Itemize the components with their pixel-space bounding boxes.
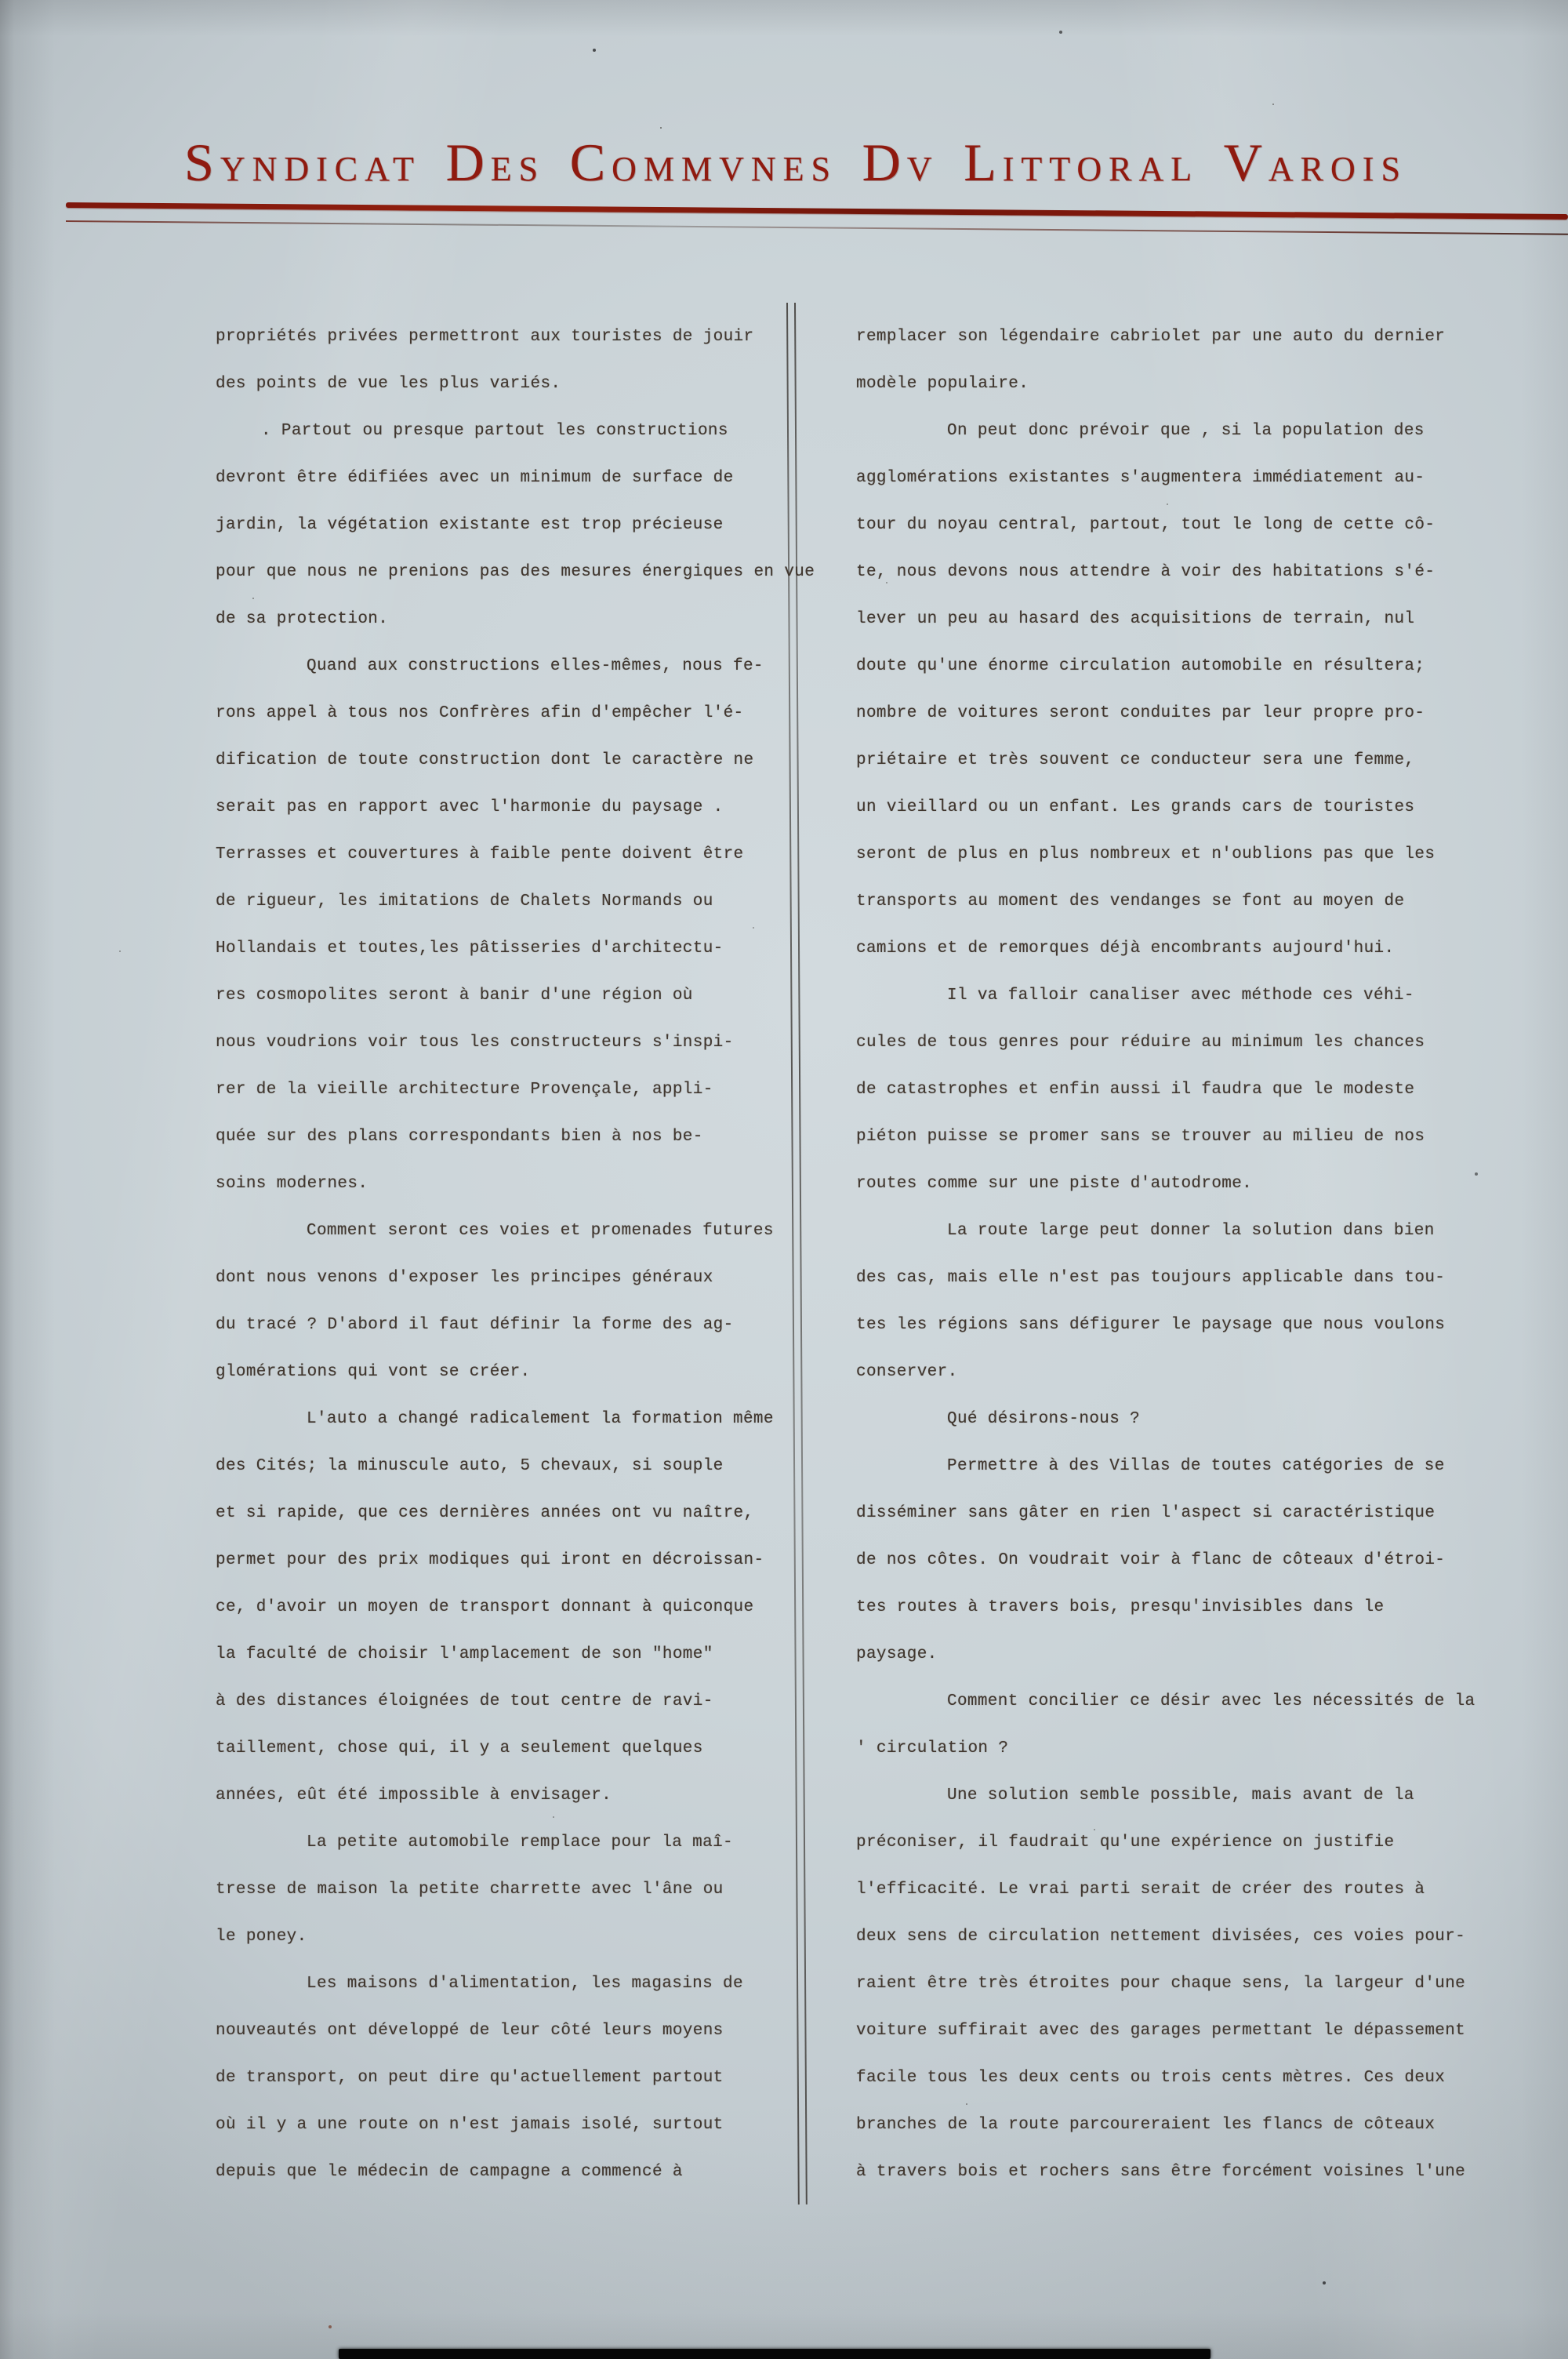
text-line: dont nous venons d'exposer les principes…: [216, 1267, 802, 1314]
text-line: propriétés privées permettront aux touri…: [216, 325, 802, 373]
text-line: nombre de voitures seront conduites par …: [856, 702, 1477, 749]
document-title: SYNDICATDESCOMMVNESDVLITTORALVAROIS: [184, 132, 1407, 210]
text-line: à des distances éloignées de tout centre…: [216, 1690, 802, 1737]
text-line: nous voudrions voir tous les constructeu…: [216, 1031, 802, 1078]
text-line: jardin, la végétation existante est trop…: [216, 514, 802, 561]
text-line: La route large peut donner la solution d…: [856, 1219, 1477, 1267]
text-line: tour du noyau central, partout, tout le …: [856, 514, 1477, 561]
text-line: soins modernes.: [216, 1172, 802, 1219]
text-line: nouveautés ont développé de leur côté le…: [216, 2019, 802, 2066]
text-line: Comment concilier ce désir avec les néce…: [856, 1690, 1477, 1737]
title-underline-thin: [66, 220, 1568, 235]
text-line: agglomérations existantes s'augmentera i…: [856, 467, 1477, 514]
text-line: tes routes à travers bois, presqu'invisi…: [856, 1596, 1477, 1643]
text-line: voiture suffirait avec des garages perme…: [856, 2019, 1477, 2066]
title-word: DV: [862, 132, 939, 194]
text-line: deux sens de circulation nettement divis…: [856, 1925, 1477, 1972]
text-line: camions et de remorques déjà encombrants…: [856, 937, 1477, 984]
right-column: remplacer son légendaire cabriolet par u…: [856, 325, 1477, 2208]
text-line: . Partout ou presque partout les constru…: [216, 420, 802, 467]
text-line: ' circulation ?: [856, 1737, 1477, 1784]
text-line: te, nous devons nous attendre à voir des…: [856, 561, 1477, 608]
text-line: glomérations qui vont se créer.: [216, 1361, 802, 1408]
text-line: où il y a une route on n'est jamais isol…: [216, 2114, 802, 2161]
text-line: branches de la route parcoureraient les …: [856, 2114, 1477, 2161]
text-line: devront être édifiées avec un minimum de…: [216, 467, 802, 514]
text-line: serait pas en rapport avec l'harmonie du…: [216, 796, 802, 843]
text-line: Comment seront ces voies et promenades f…: [216, 1219, 802, 1267]
text-line: Permettre à des Villas de toutes catégor…: [856, 1455, 1477, 1502]
text-line: seront de plus en plus nombreux et n'oub…: [856, 843, 1477, 890]
text-line: de catastrophes et enfin aussi il faudra…: [856, 1078, 1477, 1125]
text-line: priétaire et très souvent ce conducteur …: [856, 749, 1477, 796]
text-line: ce, d'avoir un moyen de transport donnan…: [216, 1596, 802, 1643]
text-line: paysage.: [856, 1643, 1477, 1690]
text-line: Terrasses et couvertures à faible pente …: [216, 843, 802, 890]
text-line: l'efficacité. Le vrai parti serait de cr…: [856, 1878, 1477, 1925]
text-line: un vieillard ou un enfant. Les grands ca…: [856, 796, 1477, 843]
text-line: de sa protection.: [216, 608, 802, 655]
text-line: Les maisons d'alimentation, les magasins…: [216, 1972, 802, 2019]
text-line: le poney.: [216, 1925, 802, 1972]
text-line: tes les régions sans défigurer le paysag…: [856, 1314, 1477, 1361]
text-line: pour que nous ne prenions pas des mesure…: [216, 561, 802, 608]
text-line: des Cités; la minuscule auto, 5 chevaux,…: [216, 1455, 802, 1502]
text-line: et si rapide, que ces dernières années o…: [216, 1502, 802, 1549]
text-line: routes comme sur une piste d'autodrome.: [856, 1172, 1477, 1219]
title-word: DES: [446, 132, 545, 194]
text-line: transports au moment des vendanges se fo…: [856, 890, 1477, 937]
text-line: quée sur des plans correspondants bien à…: [216, 1125, 802, 1172]
title-word: COMMVNES: [570, 132, 837, 194]
text-line: de rigueur, les imitations de Chalets No…: [216, 890, 802, 937]
text-line: lever un peu au hasard des acquisitions …: [856, 608, 1477, 655]
text-line: de nos côtes. On voudrait voir à flanc d…: [856, 1549, 1477, 1596]
text-line: piéton puisse se promer sans se trouver …: [856, 1125, 1477, 1172]
text-line: Hollandais et toutes,les pâtisseries d'a…: [216, 937, 802, 984]
text-line: rer de la vieille architecture Provençal…: [216, 1078, 802, 1125]
left-column: propriétés privées permettront aux touri…: [216, 325, 802, 2208]
text-line: disséminer sans gâter en rien l'aspect s…: [856, 1502, 1477, 1549]
text-line: cules de tous genres pour réduire au min…: [856, 1031, 1477, 1078]
text-line: remplacer son légendaire cabriolet par u…: [856, 325, 1477, 373]
text-line: dification de toute construction dont le…: [216, 749, 802, 796]
text-line: des cas, mais elle n'est pas toujours ap…: [856, 1267, 1477, 1314]
text-line: tresse de maison la petite charrette ave…: [216, 1878, 802, 1925]
text-line: doute qu'une énorme circulation automobi…: [856, 655, 1477, 702]
text-line: modèle populaire.: [856, 373, 1477, 420]
text-line: Quand aux constructions elles-mêmes, nou…: [216, 655, 802, 702]
text-line: raient être très étroites pour chaque se…: [856, 1972, 1477, 2019]
title-word: VAROIS: [1224, 132, 1407, 194]
text-line: conserver.: [856, 1361, 1477, 1408]
text-line: On peut donc prévoir que , si la populat…: [856, 420, 1477, 467]
text-line: permet pour des prix modiques qui iront …: [216, 1549, 802, 1596]
text-line: depuis que le médecin de campagne a comm…: [216, 2161, 802, 2208]
text-line: de transport, on peut dire qu'actuelleme…: [216, 2066, 802, 2114]
text-line: Qué désirons-nous ?: [856, 1408, 1477, 1455]
text-line: la faculté de choisir l'amplacement de s…: [216, 1643, 802, 1690]
text-line: La petite automobile remplace pour la ma…: [216, 1831, 802, 1878]
text-line: taillement, chose qui, il y a seulement …: [216, 1737, 802, 1784]
text-line: L'auto a changé radicalement la formatio…: [216, 1408, 802, 1455]
title-word: LITTORAL: [964, 132, 1199, 194]
text-line: rons appel à tous nos Confrères afin d'e…: [216, 702, 802, 749]
text-line: des points de vue les plus variés.: [216, 373, 802, 420]
text-line: préconiser, il faudrait qu'une expérienc…: [856, 1831, 1477, 1878]
text-line: facile tous les deux cents ou trois cent…: [856, 2066, 1477, 2114]
text-line: Une solution semble possible, mais avant…: [856, 1784, 1477, 1831]
scanned-document-page: SYNDICATDESCOMMVNESDVLITTORALVAROIS prop…: [0, 0, 1568, 2359]
scanner-edge-bar: [339, 2349, 1210, 2359]
text-line: années, eût été impossible à envisager.: [216, 1784, 802, 1831]
title-word: SYNDICAT: [184, 132, 421, 194]
dust-specks: [0, 0, 2, 2]
text-line: Il va falloir canaliser avec méthode ces…: [856, 984, 1477, 1031]
text-line: du tracé ? D'abord il faut définir la fo…: [216, 1314, 802, 1361]
text-line: à travers bois et rochers sans être forc…: [856, 2161, 1477, 2208]
text-line: res cosmopolites seront à banir d'une ré…: [216, 984, 802, 1031]
